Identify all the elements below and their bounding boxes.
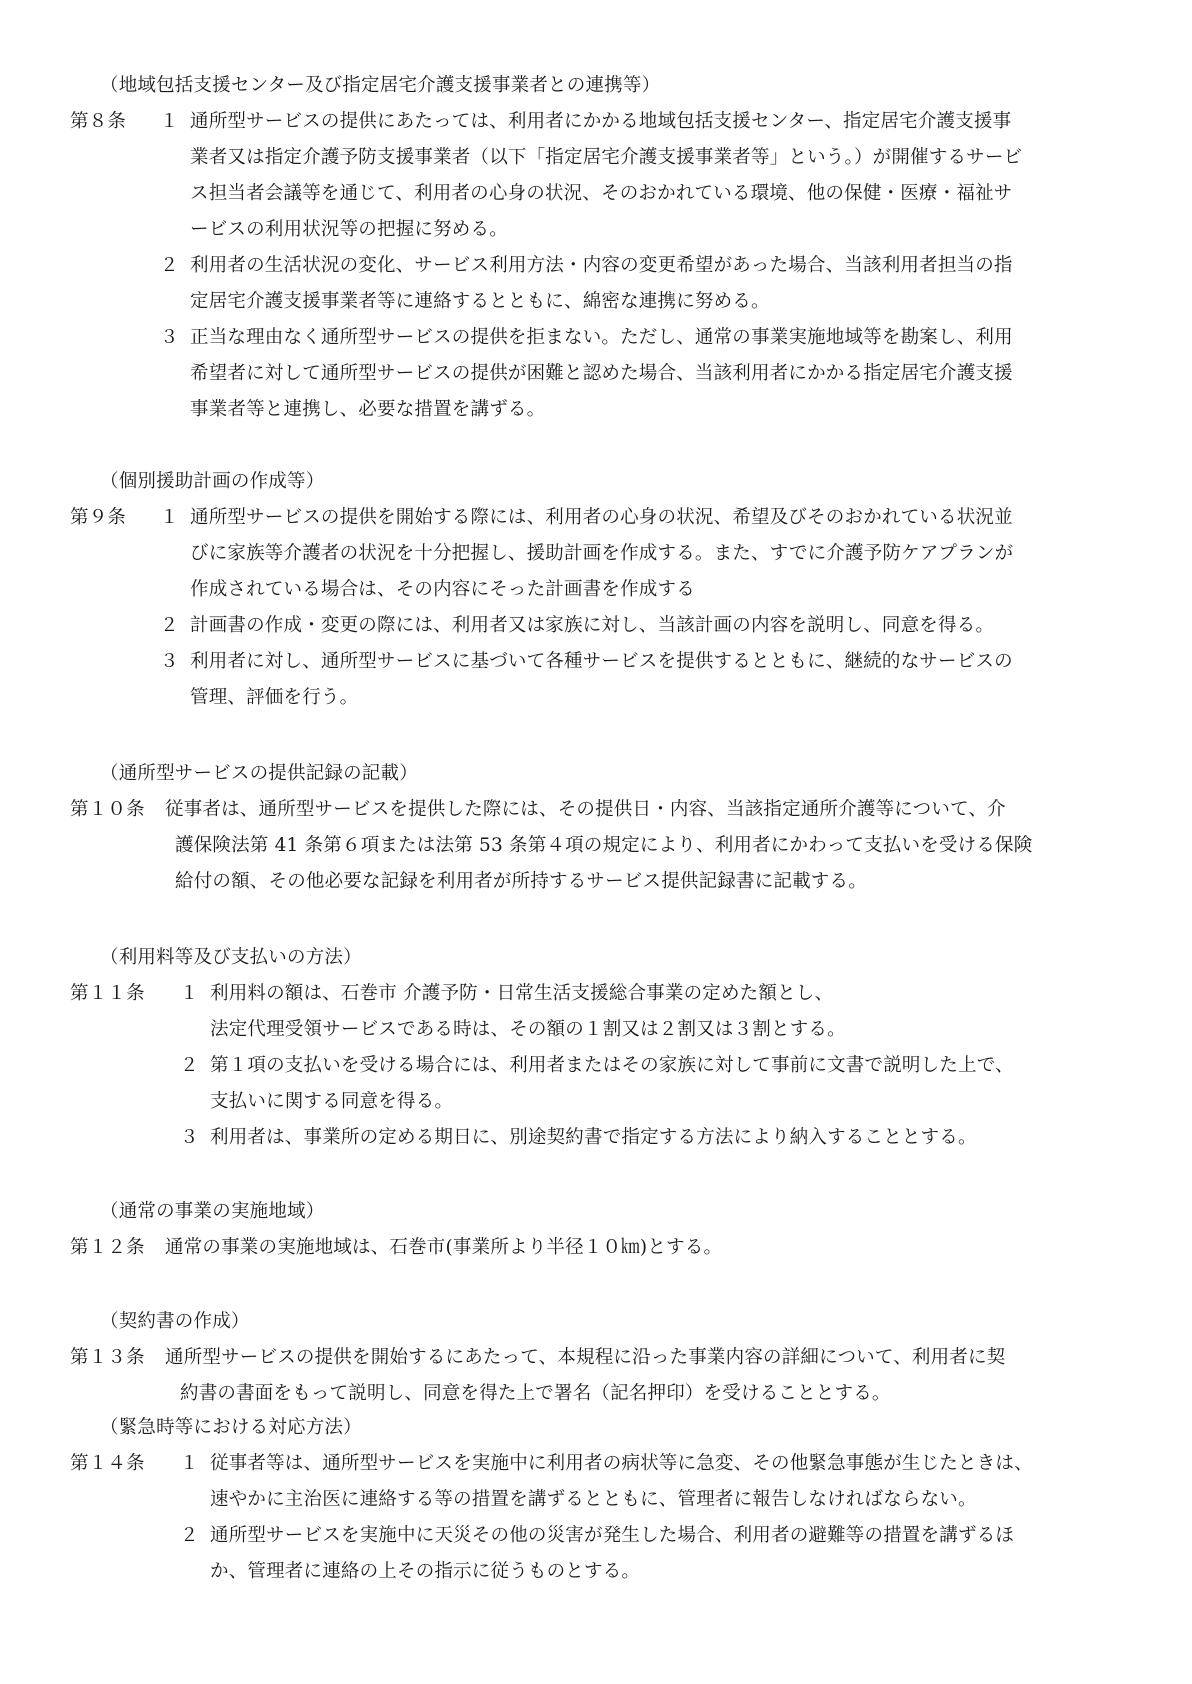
- document-page: （地域包括支援センター及び指定居宅介護支援事業者との連携等） 第８条 １ 通所型…: [0, 0, 1192, 1684]
- text-line: ービスの利用状況等の把握に努める。: [190, 218, 508, 242]
- text-line: 支払いに関する同意を得る。: [210, 1090, 453, 1114]
- article-label: 第１０条: [70, 798, 145, 822]
- text-line: 事業者等と連携し、必要な措置を講ずる。: [190, 398, 545, 422]
- article-heading: （緊急時等における対応方法）: [100, 1416, 362, 1440]
- article-label: 第１２条: [70, 1236, 145, 1260]
- text-line: 通所型サービスを実施中に天災その他の災害が発生した場合、利用者の避難等の措置を講…: [210, 1524, 1014, 1548]
- item-number: ３: [160, 650, 179, 674]
- item-number: １: [160, 110, 179, 134]
- item-number: ３: [180, 1126, 199, 1150]
- text-line: 給付の額、その他必要な記録を利用者が所持するサービス提供記録書に記載する。: [175, 870, 867, 894]
- text-line: 速やかに主治医に連絡する等の措置を講ずるとともに、管理者に報告しなければならない…: [210, 1488, 977, 1512]
- article-heading: （地域包括支援センター及び指定居宅介護支援事業者との連携等）: [100, 74, 660, 98]
- text-line: 第１項の支払いを受ける場合には、利用者またはその家族に対して事前に文書で説明した…: [210, 1054, 1014, 1078]
- item-number: ２: [180, 1524, 199, 1548]
- article-heading: （個別援助計画の作成等）: [100, 470, 324, 494]
- text-line: びに家族等介護者の状況を十分把握し、援助計画を作成する。また、すでに介護予防ケア…: [190, 542, 1013, 566]
- text-line: 通所型サービスの提供を開始する際には、利用者の心身の状況、希望及びそのおかれてい…: [190, 506, 1013, 530]
- article-label: 第８条: [70, 110, 126, 134]
- text-line: 従事者は、通所型サービスを提供した際には、その提供日・内容、当該指定通所介護等に…: [165, 798, 1006, 822]
- text-line: 管理、評価を行う。: [190, 686, 358, 710]
- text-line: 護保険法第 41 条第６項または法第 53 条第４項の規定により、利用者にかわっ…: [175, 834, 1032, 858]
- text-line: 業者又は指定介護予防支援事業者（以下「指定居宅介護支援事業者等」という。）が開催…: [190, 146, 1022, 170]
- text-line: 定居宅介護支援事業者等に連絡するとともに、綿密な連携に努める。: [190, 290, 770, 314]
- text-line: 通所型サービスの提供にあたっては、利用者にかかる地域包括支援センター、指定居宅介…: [190, 110, 1011, 134]
- text-line: 利用料の額は、石巻市 介護予防・日常生活支援総合事業の定めた額とし、: [210, 982, 833, 1006]
- article-label: 第１１条: [70, 982, 145, 1006]
- text-line: 作成されている場合は、その内容にそった計画書を作成する: [190, 578, 695, 602]
- text-line: か、管理者に連絡の上その指示に従うものとする。: [210, 1560, 640, 1584]
- text-line: ス担当者会議等を通じて、利用者の心身の状況、そのおかれている環境、他の保健・医療…: [190, 182, 1012, 206]
- text-line: 通所型サービスの提供を開始するにあたって、本規程に沿った事業内容の詳細について、…: [165, 1346, 1005, 1370]
- item-number: ２: [160, 614, 179, 638]
- item-number: １: [160, 506, 179, 530]
- text-line: 利用者に対し、通所型サービスに基づいて各種サービスを提供するとともに、継続的なサ…: [190, 650, 1013, 674]
- article-heading: （通所型サービスの提供記録の記載）: [100, 762, 418, 786]
- text-line: 通常の事業の実施地域は、石巻市(事業所より半径１０㎞)とする。: [165, 1236, 722, 1260]
- item-number: ２: [180, 1054, 199, 1078]
- text-line: 法定代理受領サービスである時は、その額の１割又は２割又は３割とする。: [210, 1018, 846, 1042]
- text-line: 正当な理由なく通所型サービスの提供を拒まない。ただし、通常の事業実施地域等を勘案…: [190, 326, 1013, 350]
- article-heading: （契約書の作成）: [100, 1310, 250, 1334]
- item-number: ３: [160, 326, 179, 350]
- article-label: 第９条: [70, 506, 126, 530]
- text-line: 計画書の作成・変更の際には、利用者又は家族に対し、当該計画の内容を説明し、同意を…: [190, 614, 994, 638]
- text-line: 利用者の生活状況の変化、サービス利用方法・内容の変更希望があった場合、当該利用者…: [190, 254, 1013, 278]
- article-heading: （利用料等及び支払いの方法）: [100, 946, 362, 970]
- article-heading: （通常の事業の実施地域）: [100, 1200, 324, 1224]
- item-number: ２: [160, 254, 179, 278]
- text-line: 従事者等は、通所型サービスを実施中に利用者の病状等に急変、その他緊急事態が生じた…: [210, 1452, 1033, 1476]
- article-label: 第１４条: [70, 1452, 145, 1476]
- article-label: 第１３条: [70, 1346, 145, 1370]
- item-number: １: [180, 1452, 199, 1476]
- text-line: 約書の書面をもって説明し、同意を得た上で署名（記名押印）を受けることとする。: [180, 1382, 891, 1406]
- text-line: 希望者に対して通所型サービスの提供が困難と認めた場合、当該利用者にかかる指定居宅…: [190, 362, 1013, 386]
- item-number: １: [180, 982, 199, 1006]
- text-line: 利用者は、事業所の定める期日に、別途契約書で指定する方法により納入することとする…: [210, 1126, 977, 1150]
